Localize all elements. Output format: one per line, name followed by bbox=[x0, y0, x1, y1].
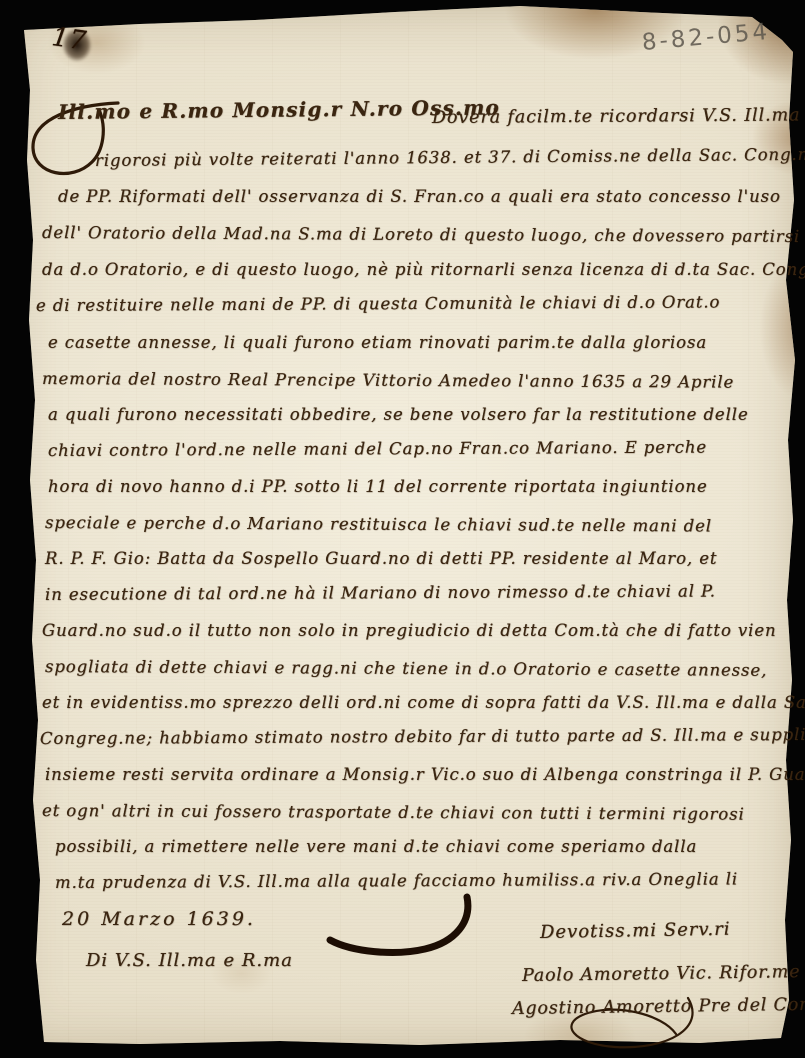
manuscript-line: e di restituire nelle mani de PP. di que… bbox=[36, 292, 720, 315]
manuscript-line: e casette annesse, li quali furono etiam… bbox=[48, 333, 707, 352]
manuscript-line: speciale e perche d.o Mariano restituisc… bbox=[45, 513, 712, 535]
manuscript-line: R. P. F. Gio: Batta da Sospello Guard.no… bbox=[45, 549, 717, 568]
signature-paolo-amoretto: Paolo Amoretto Vic. Rifor.me bbox=[522, 962, 801, 986]
manuscript-line: hora di novo hanno d.i PP. sotto li 11 d… bbox=[48, 477, 708, 496]
manuscript-line: Doverà facilm.te ricordarsi V.S. Ill.ma … bbox=[432, 105, 805, 128]
manuscript-line: de PP. Riformati dell' osservanza di S. … bbox=[58, 187, 781, 206]
closing-address: Di V.S. Ill.ma e R.ma bbox=[86, 950, 293, 971]
manuscript-line: memoria del nostro Real Prencipe Vittori… bbox=[42, 369, 734, 392]
manuscript-line: m.ta prudenza di V.S. Ill.ma alla quale … bbox=[55, 869, 738, 892]
manuscript-line: Congreg.ne; habbiamo stimato nostro debi… bbox=[40, 725, 805, 748]
manuscript-line: a quali furono necessitati obbedire, se … bbox=[48, 405, 749, 424]
manuscript-line: spogliata di dette chiavi e ragg.ni che … bbox=[45, 657, 767, 680]
closing-devotion: Devotiss.mi Serv.ri bbox=[540, 919, 731, 943]
manuscript-line: chiavi contro l'ord.ne nelle mani del Ca… bbox=[48, 438, 707, 460]
manuscript-dateline: 20 Marzo 1639. bbox=[62, 908, 256, 930]
manuscript-line: da d.o Oratorio, e di questo luogo, nè p… bbox=[42, 260, 805, 279]
folio-number: 17 bbox=[50, 22, 89, 57]
manuscript-line: Guard.no sud.o il tutto non solo in preg… bbox=[42, 621, 777, 640]
manuscript-line: insieme resti servita ordinare a Monsig.… bbox=[45, 765, 805, 784]
signature-agostino-amoretto: Agostino Amoretto Pre del Com.e bbox=[512, 995, 805, 1019]
manuscript-line: dell' Oratorio della Mad.na S.ma di Lore… bbox=[42, 223, 800, 246]
manuscript-line: et ogn' altri in cui fossero trasportate… bbox=[42, 801, 745, 824]
manuscript-line: et in evidentiss.mo sprezzo delli ord.ni… bbox=[42, 693, 805, 712]
manuscript-line: in esecutione di tal ord.ne hà il Marian… bbox=[45, 581, 716, 604]
photograph-of-manuscript-letter: 17 8-82-054 Ill.mo e R.mo Monsig.r N.ro … bbox=[0, 0, 805, 1058]
manuscript-line: possibili, a rimettere nelle vere mani d… bbox=[55, 837, 697, 856]
